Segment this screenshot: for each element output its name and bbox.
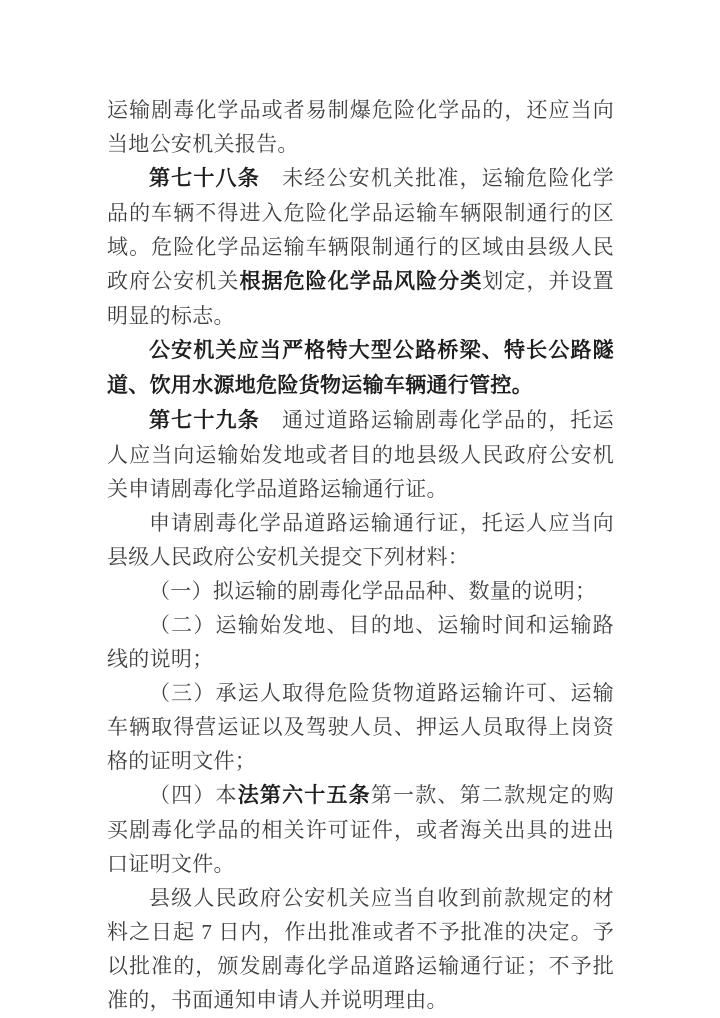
- paragraph-7: （二）运输始发地、目的地、运输时间和运输路线的说明；: [107, 608, 614, 676]
- text-run-bold: 根据危险化学品风险分类: [239, 270, 482, 293]
- text-run: （二）运输始发地、目的地、运输时间和运输路线的说明；: [107, 613, 614, 671]
- text-run-bold: 公安机关应当严格特大型公路桥梁、特长公路隧道、饮用水源地危险货物运输车辆通行管控…: [107, 339, 614, 397]
- document-body: 运输剧毒化学品或者易制爆危险化学品的，还应当向当地公安机关报告。第七十八条 未经…: [107, 93, 614, 1017]
- text-run: 县级人民政府公安机关应当自收到前款规定的材料之日起 7 日内，作出批准或者不予批…: [107, 886, 614, 1012]
- text-run-bold: 法第六十五条: [238, 784, 371, 807]
- paragraph-6: （一）拟运输的剧毒化学品品种、数量的说明；: [107, 574, 614, 608]
- document-page: 运输剧毒化学品或者易制爆危险化学品的，还应当向当地公安机关报告。第七十八条 未经…: [0, 0, 720, 1018]
- text-run-bold: 第七十九条: [149, 409, 260, 432]
- paragraph-5: 申请剧毒化学品道路运输通行证，托运人应当向县级人民政府公安机关提交下列材料：: [107, 506, 614, 574]
- paragraph-10: 县级人民政府公安机关应当自收到前款规定的材料之日起 7 日内，作出批准或者不予批…: [107, 881, 614, 1017]
- text-run: （四）本: [149, 783, 238, 807]
- paragraph-9: （四）本法第六十五条第一款、第二款规定的购买剧毒化学品的相关许可证件，或者海关出…: [107, 778, 614, 881]
- paragraph-2: 第七十八条 未经公安机关批准，运输危险化学品的车辆不得进入危险化学品运输车辆限制…: [107, 161, 614, 333]
- text-run: （一）拟运输的剧毒化学品品种、数量的说明；: [149, 579, 596, 603]
- text-run-bold: 第七十八条: [149, 167, 260, 190]
- text-run: 申请剧毒化学品道路运输通行证，托运人应当向县级人民政府公安机关提交下列材料：: [107, 511, 614, 569]
- paragraph-4: 第七十九条 通过道路运输剧毒化学品的，托运人应当向运输始发地或者目的地县级人民政…: [107, 403, 614, 506]
- paragraph-3: 公安机关应当严格特大型公路桥梁、特长公路隧道、饮用水源地危险货物运输车辆通行管控…: [107, 333, 614, 403]
- text-run: 运输剧毒化学品或者易制爆危险化学品的，还应当向当地公安机关报告。: [107, 98, 614, 156]
- paragraph-1: 运输剧毒化学品或者易制爆危险化学品的，还应当向当地公安机关报告。: [107, 93, 614, 161]
- text-run: （三）承运人取得危险货物道路运输许可、运输车辆取得营运证以及驾驶人员、押运人员取…: [107, 681, 614, 773]
- paragraph-8: （三）承运人取得危险货物道路运输许可、运输车辆取得营运证以及驾驶人员、押运人员取…: [107, 676, 614, 778]
